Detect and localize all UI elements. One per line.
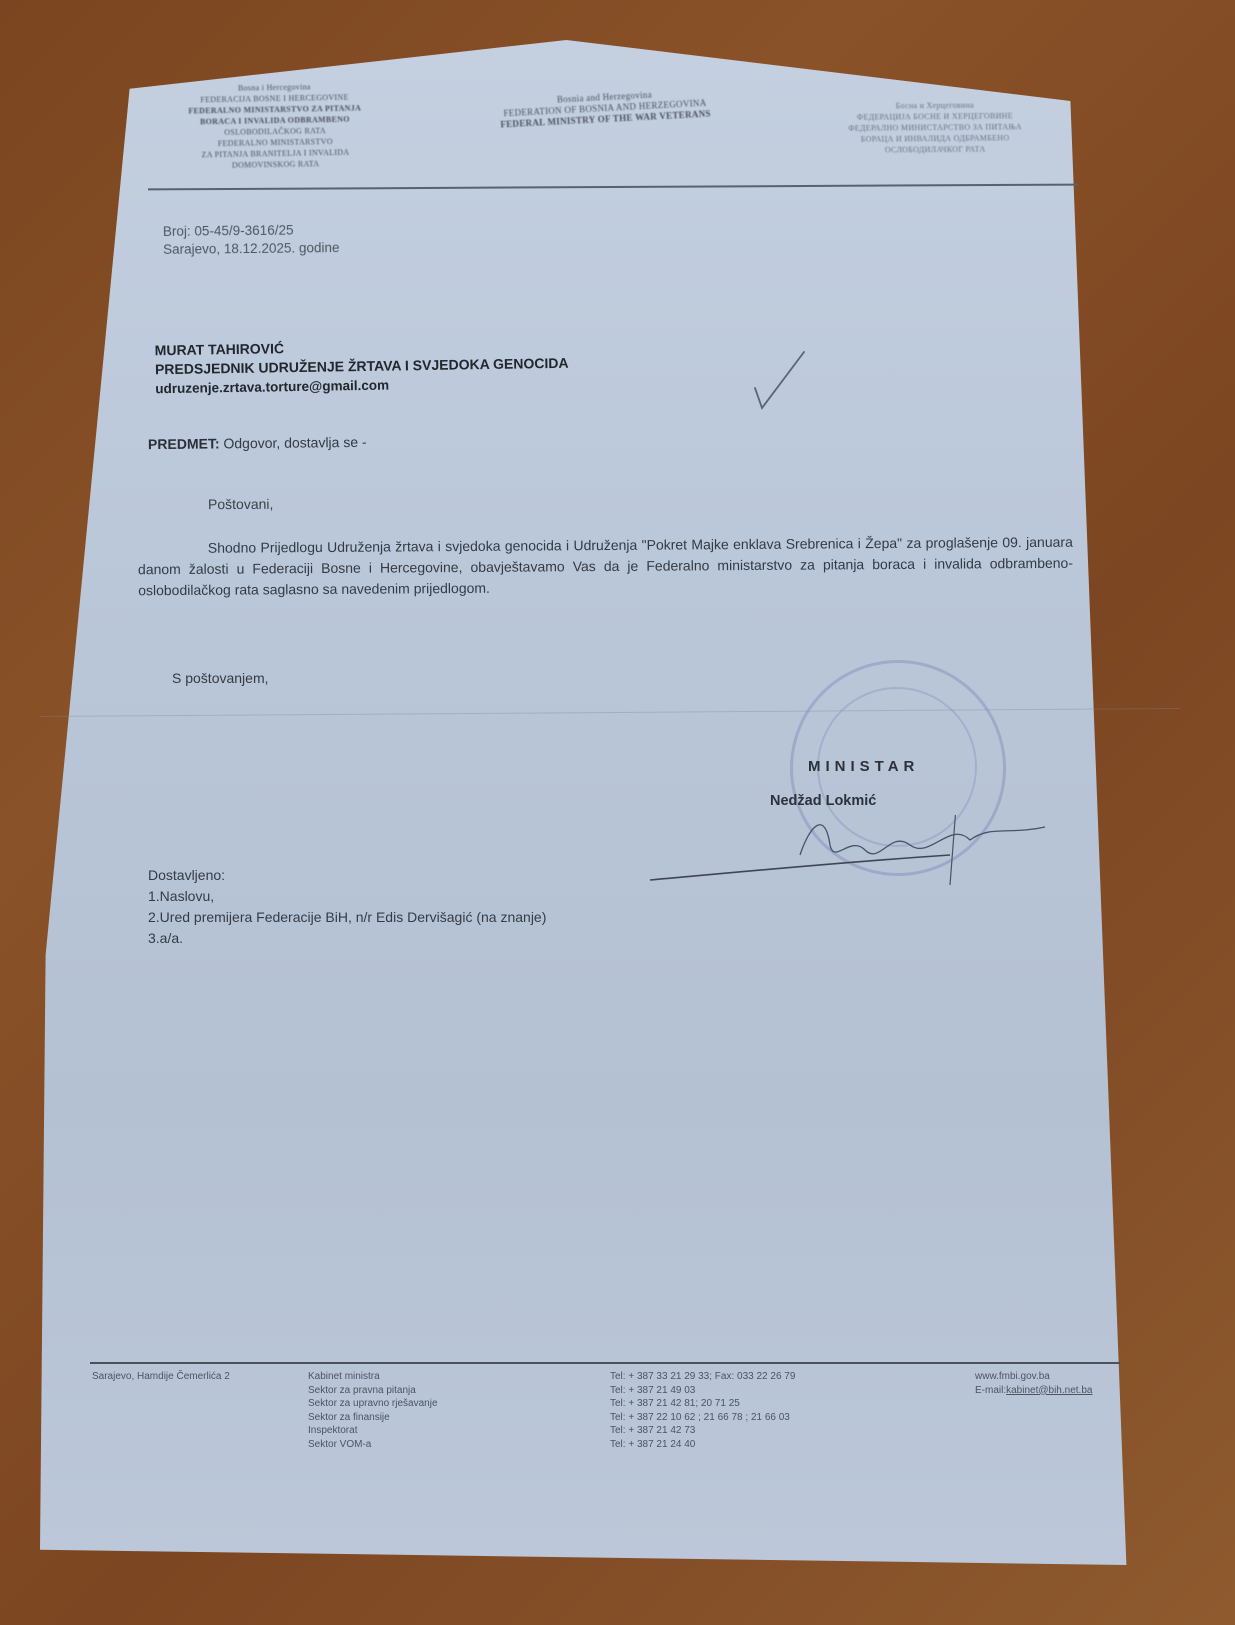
signatory-title: MINISTAR <box>808 758 919 775</box>
footer-website: www.fmbi.gov.ba <box>975 1370 1092 1384</box>
subject-text: Odgovor, dostavlja se - <box>219 434 366 452</box>
recipient-block: MURAT TAHIROVIĆ PREDSJEDNIK UDRUŽENJE ŽR… <box>155 335 569 398</box>
footer-email-line: E-mail:kabinet@bih.net.ba <box>975 1384 1092 1398</box>
footer-divider <box>90 1362 1120 1364</box>
footer-email: kabinet@bih.net.ba <box>1006 1385 1092 1396</box>
footer-contact: www.fmbi.gov.ba E-mail:kabinet@bih.net.b… <box>975 1370 1092 1397</box>
handwritten-signature <box>650 815 1070 895</box>
place-date: Sarajevo, 18.12.2025. godine <box>163 239 340 259</box>
greeting: Poštovani, <box>208 496 273 512</box>
subject-line: PREDMET: Odgovor, dostavlja se - <box>148 434 367 452</box>
delivery-item: 3.a/a. <box>148 928 546 949</box>
delivery-label: Dostavljeno: <box>148 865 546 886</box>
letter-body: Shodno Prijedlogu Udruženja žrtava i svj… <box>138 532 1073 602</box>
letterhead-left: Bosna i Hercegovina FEDERACIJA BOSNE I H… <box>144 80 405 173</box>
reference-block: Broj: 05-45/9-3616/25 Sarajevo, 18.12.20… <box>163 221 340 259</box>
checkmark-icon <box>752 350 807 415</box>
body-paragraph: Shodno Prijedlogu Udruženja žrtava i svj… <box>138 532 1073 602</box>
footer-address: Sarajevo, Hamdije Čemerlića 2 <box>92 1370 230 1384</box>
footer-departments: Kabinet ministra Sektor za pravna pitanj… <box>308 1370 438 1451</box>
delivery-item: 1.Naslovu, <box>148 886 546 907</box>
closing: S poštovanjem, <box>172 670 269 686</box>
delivery-list: Dostavljeno: 1.Naslovu, 2.Ured premijera… <box>148 865 546 949</box>
subject-label: PREDMET: <box>148 435 220 452</box>
reference-number: Broj: 05-45/9-3616/25 <box>163 221 340 241</box>
delivery-item: 2.Ured premijera Federacije BiH, n/r Edi… <box>148 907 546 928</box>
letterhead-right: Босна и Херцеговина ФЕДЕРАЦИЈА БОСНЕ И Х… <box>800 99 1070 156</box>
footer-phones: Tel: + 387 33 21 29 33; Fax: 033 22 26 7… <box>610 1370 795 1451</box>
signatory-name: Nedžad Lokmić <box>770 793 876 809</box>
